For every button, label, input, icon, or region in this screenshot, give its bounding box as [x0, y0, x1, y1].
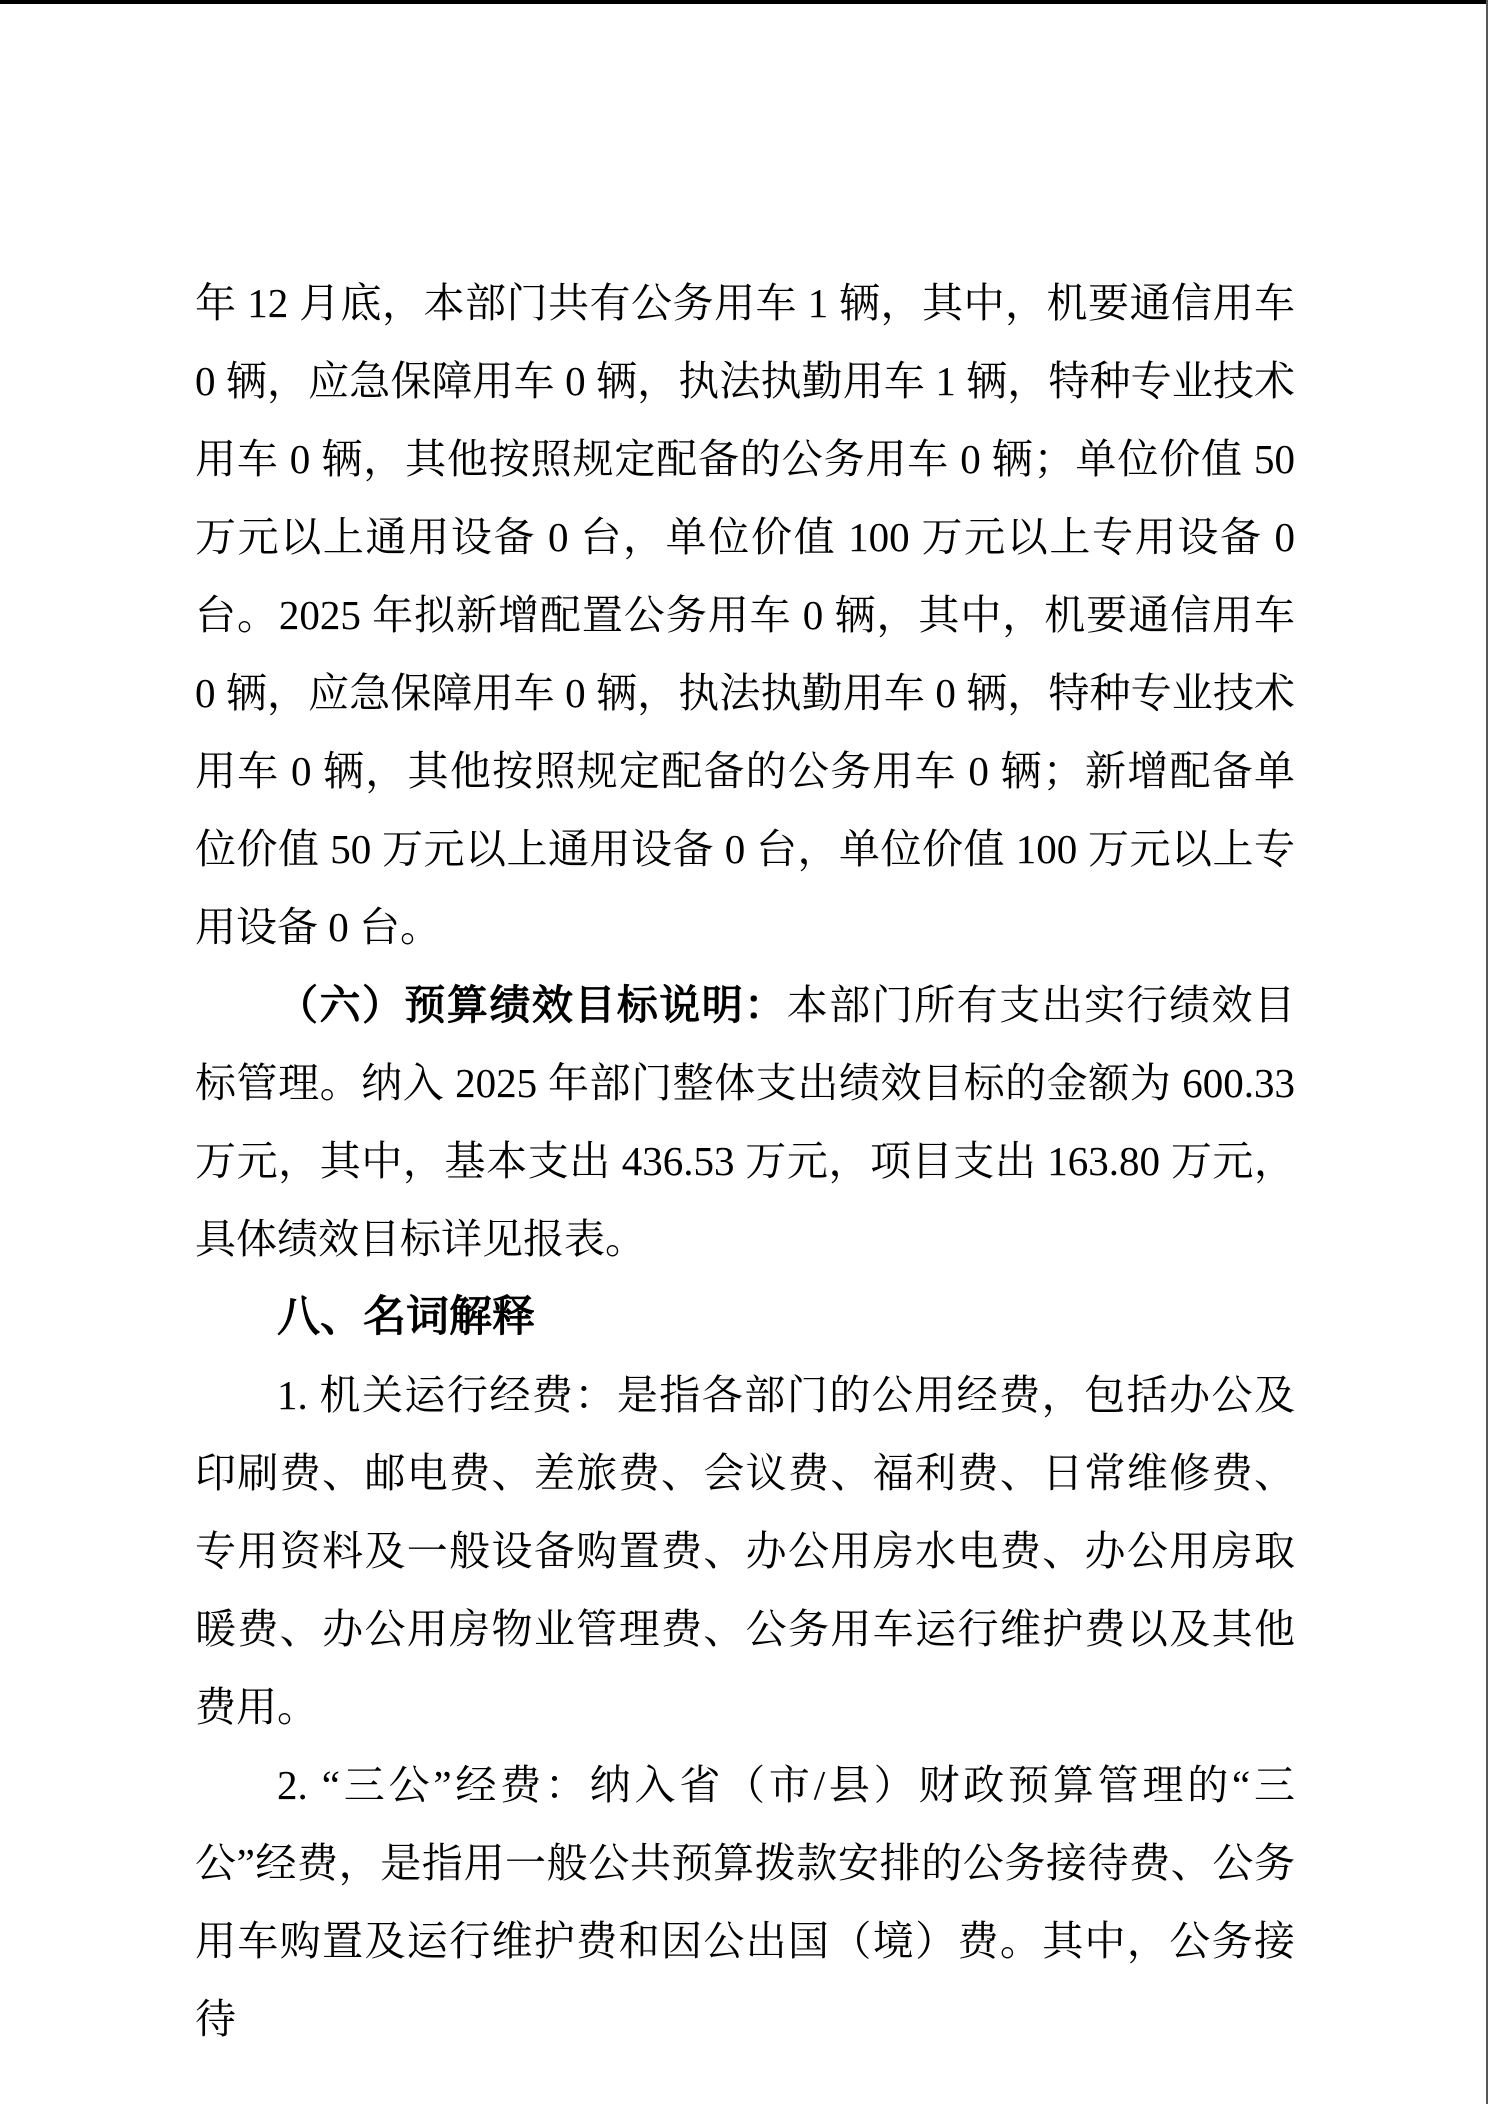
- heading-section-eight-glossary: 八、名词解释: [195, 1278, 1295, 1356]
- text-run-body: 年 12 月底，本部门共有公务用车 1 辆，其中，机要通信用车 0 辆，应急保障…: [195, 280, 1295, 950]
- text-run-heading: 八、名词解释: [277, 1293, 535, 1341]
- paragraph-term-1-agency-operating-funds: 1. 机关运行经费：是指各部门的公用经费，包括办公及印刷费、邮电费、差旅费、会议…: [195, 1356, 1295, 1746]
- text-run-body: 2. “三公”经费：纳入省（市/县）财政预算管理的“三公”经费，是指用一般公共预…: [195, 1762, 1295, 2042]
- text-run-body: 1. 机关运行经费：是指各部门的公用经费，包括办公及印刷费、邮电费、差旅费、会议…: [195, 1372, 1295, 1730]
- paragraph-budget-performance-target: （六）预算绩效目标说明：本部门所有支出实行绩效目标管理。纳入 2025 年部门整…: [195, 966, 1295, 1278]
- page-top-border: [0, 0, 1488, 4]
- document-text-block: 年 12 月底，本部门共有公务用车 1 辆，其中，机要通信用车 0 辆，应急保障…: [195, 264, 1295, 2058]
- document-page: 年 12 月底，本部门共有公务用车 1 辆，其中，机要通信用车 0 辆，应急保障…: [0, 0, 1488, 2104]
- text-run-bold-serif: （六）预算绩效目标说明：: [277, 982, 787, 1028]
- paragraph-vehicle-assets-carryover: 年 12 月底，本部门共有公务用车 1 辆，其中，机要通信用车 0 辆，应急保障…: [195, 264, 1295, 966]
- paragraph-term-2-three-public-funds: 2. “三公”经费：纳入省（市/县）财政预算管理的“三公”经费，是指用一般公共预…: [195, 1746, 1295, 2058]
